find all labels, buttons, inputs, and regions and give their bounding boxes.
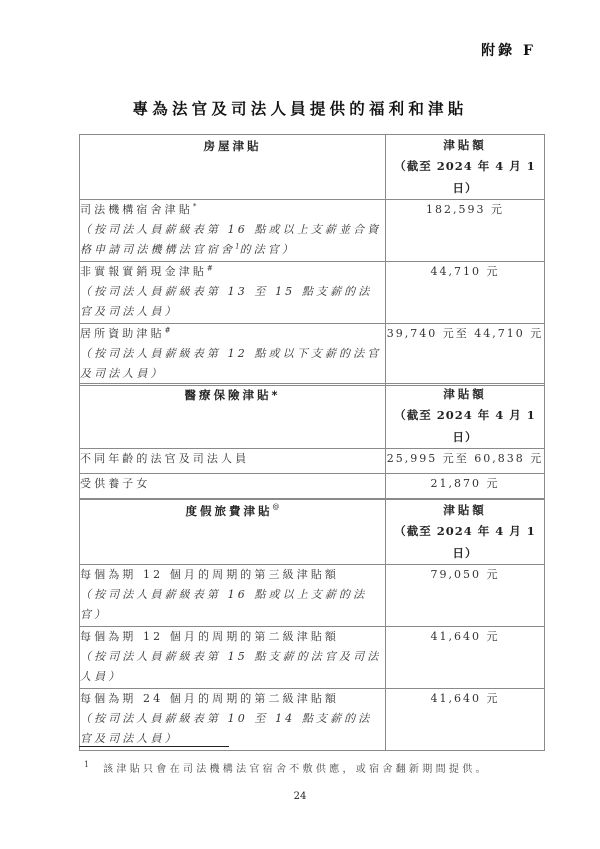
amount-header: 津貼額 （截至 2024 年 4 月 1 日） <box>386 384 545 449</box>
table-row: 不同年齡的法官及司法人員 25,995 元至 60,838 元 <box>80 449 545 474</box>
amount-heading: 津貼額 <box>386 384 544 404</box>
table-row: 每個為期 12 個月的周期的第三級津貼額 （按司法人員薪級表第 16 點或以上支… <box>80 565 545 627</box>
table-row: 每個為期 24 個月的周期的第二級津貼額 （按司法人員薪級表第 10 至 14 … <box>80 689 545 751</box>
category-heading: 度假旅費津貼 <box>186 504 273 518</box>
allowance-description: 居所資助津貼# （按司法人員薪級表第 12 點或以下支薪的法官及司法人員） <box>80 324 386 386</box>
allowance-name: 每個為期 24 個月的周期的第二級津貼額 <box>80 692 339 705</box>
category-header: 度假旅費津貼@ <box>80 500 386 565</box>
page-title: 專為法官及司法人員提供的福利和津貼 <box>0 97 600 119</box>
allowance-description: 每個為期 24 個月的周期的第二級津貼額 （按司法人員薪級表第 10 至 14 … <box>80 689 386 751</box>
table-header-row: 醫療保險津貼* 津貼額 （截至 2024 年 4 月 1 日） <box>80 384 545 449</box>
allowance-mark: # <box>165 326 171 334</box>
table-row: 司法機構宿舍津貼* （按司法人員薪級表第 16 點或以上支薪並合資格申請司法機構… <box>80 200 545 262</box>
table-row: 受供養子女 21,870 元 <box>80 474 545 499</box>
category-heading: 醫療保險津貼 <box>184 388 271 402</box>
allowance-amount: 182,593 元 <box>386 200 545 262</box>
allowance-description: 受供養子女 <box>80 474 386 499</box>
housing-allowance-table: 房屋津貼 津貼額 （截至 2024 年 4 月 1 日） 司法機構宿舍津貼* （… <box>79 134 545 386</box>
allowance-name: 司法機構宿舍津貼 <box>80 203 193 216</box>
allowance-amount: 41,640 元 <box>386 627 545 689</box>
table-row: 每個為期 12 個月的周期的第二級津貼額 （按司法人員薪級表第 15 點支薪的法… <box>80 627 545 689</box>
annex-label: 附錄 F <box>481 40 536 60</box>
amount-date: （截至 2024 年 4 月 1 日） <box>386 404 544 448</box>
allowance-amount: 44,710 元 <box>386 262 545 324</box>
medical-allowance-table: 醫療保險津貼* 津貼額 （截至 2024 年 4 月 1 日） 不同年齡的法官及… <box>79 383 545 499</box>
page-number: 24 <box>0 791 600 802</box>
eligibility-note: （按司法人員薪級表第 15 點支薪的法官及司法人員） <box>80 647 385 687</box>
allowance-mark: * <box>193 202 197 210</box>
footnote-text: 該津貼只會在司法機構法官宿舍不敷供應，或宿舍翻新期間提供。 <box>103 764 489 775</box>
allowance-name: 非實報實銷現金津貼 <box>80 265 207 278</box>
footnote-divider <box>79 746 229 747</box>
amount-header: 津貼額 （截至 2024 年 4 月 1 日） <box>386 135 545 200</box>
note-tail: 的法官） <box>240 243 296 256</box>
allowance-name: 每個為期 12 個月的周期的第三級津貼額 <box>80 568 339 581</box>
allowance-amount: 21,870 元 <box>386 474 545 499</box>
category-heading: 房屋津貼 <box>204 139 262 153</box>
eligibility-note: （按司法人員薪級表第 10 至 14 點支薪的法官及司法人員） <box>80 709 385 749</box>
amount-header: 津貼額 （截至 2024 年 4 月 1 日） <box>386 500 545 565</box>
heading-mark: * <box>271 388 280 402</box>
allowance-amount: 79,050 元 <box>386 565 545 627</box>
table-header-row: 度假旅費津貼@ 津貼額 （截至 2024 年 4 月 1 日） <box>80 500 545 565</box>
amount-heading: 津貼額 <box>386 500 544 520</box>
eligibility-note: （按司法人員薪級表第 13 至 15 點支薪的法官及司法人員） <box>80 282 385 322</box>
table-row: 非實報實銷現金津貼# （按司法人員薪級表第 13 至 15 點支薪的法官及司法人… <box>80 262 545 324</box>
table-row: 居所資助津貼# （按司法人員薪級表第 12 點或以下支薪的法官及司法人員） 39… <box>80 324 545 386</box>
allowance-description: 非實報實銷現金津貼# （按司法人員薪級表第 13 至 15 點支薪的法官及司法人… <box>80 262 386 324</box>
amount-date: （截至 2024 年 4 月 1 日） <box>386 520 544 564</box>
heading-mark: @ <box>273 503 280 511</box>
leave-passage-allowance-table: 度假旅費津貼@ 津貼額 （截至 2024 年 4 月 1 日） 每個為期 12 … <box>79 499 545 751</box>
allowance-description: 司法機構宿舍津貼* （按司法人員薪級表第 16 點或以上支薪並合資格申請司法機構… <box>80 200 386 262</box>
eligibility-note: （按司法人員薪級表第 16 點或以上支薪並合資格申請司法機構法官宿舍1的法官） <box>80 220 385 260</box>
category-header: 醫療保險津貼* <box>80 384 386 449</box>
amount-date: （截至 2024 年 4 月 1 日） <box>386 155 544 199</box>
allowance-description: 不同年齡的法官及司法人員 <box>80 449 386 474</box>
allowance-description: 每個為期 12 個月的周期的第二級津貼額 （按司法人員薪級表第 15 點支薪的法… <box>80 627 386 689</box>
allowance-amount: 41,640 元 <box>386 689 545 751</box>
footnote: 1該津貼只會在司法機構法官宿舍不敷供應，或宿舍翻新期間提供。 <box>84 760 489 775</box>
amount-heading: 津貼額 <box>386 135 544 155</box>
footnote-number: 1 <box>84 760 89 769</box>
allowance-amount: 39,740 元至 44,710 元 <box>386 324 545 386</box>
allowance-amount: 25,995 元至 60,838 元 <box>386 449 545 474</box>
allowance-name: 每個為期 12 個月的周期的第二級津貼額 <box>80 630 339 643</box>
note-text: （按司法人員薪級表第 16 點或以上支薪並合資格申請司法機構法官宿舍 <box>80 223 381 256</box>
allowance-name: 居所資助津貼 <box>80 327 165 340</box>
category-header: 房屋津貼 <box>80 135 386 200</box>
eligibility-note: （按司法人員薪級表第 12 點或以下支薪的法官及司法人員） <box>80 344 385 384</box>
eligibility-note: （按司法人員薪級表第 16 點或以上支薪的法官） <box>80 585 385 625</box>
table-header-row: 房屋津貼 津貼額 （截至 2024 年 4 月 1 日） <box>80 135 545 200</box>
allowance-mark: # <box>207 264 213 272</box>
allowance-description: 每個為期 12 個月的周期的第三級津貼額 （按司法人員薪級表第 16 點或以上支… <box>80 565 386 627</box>
